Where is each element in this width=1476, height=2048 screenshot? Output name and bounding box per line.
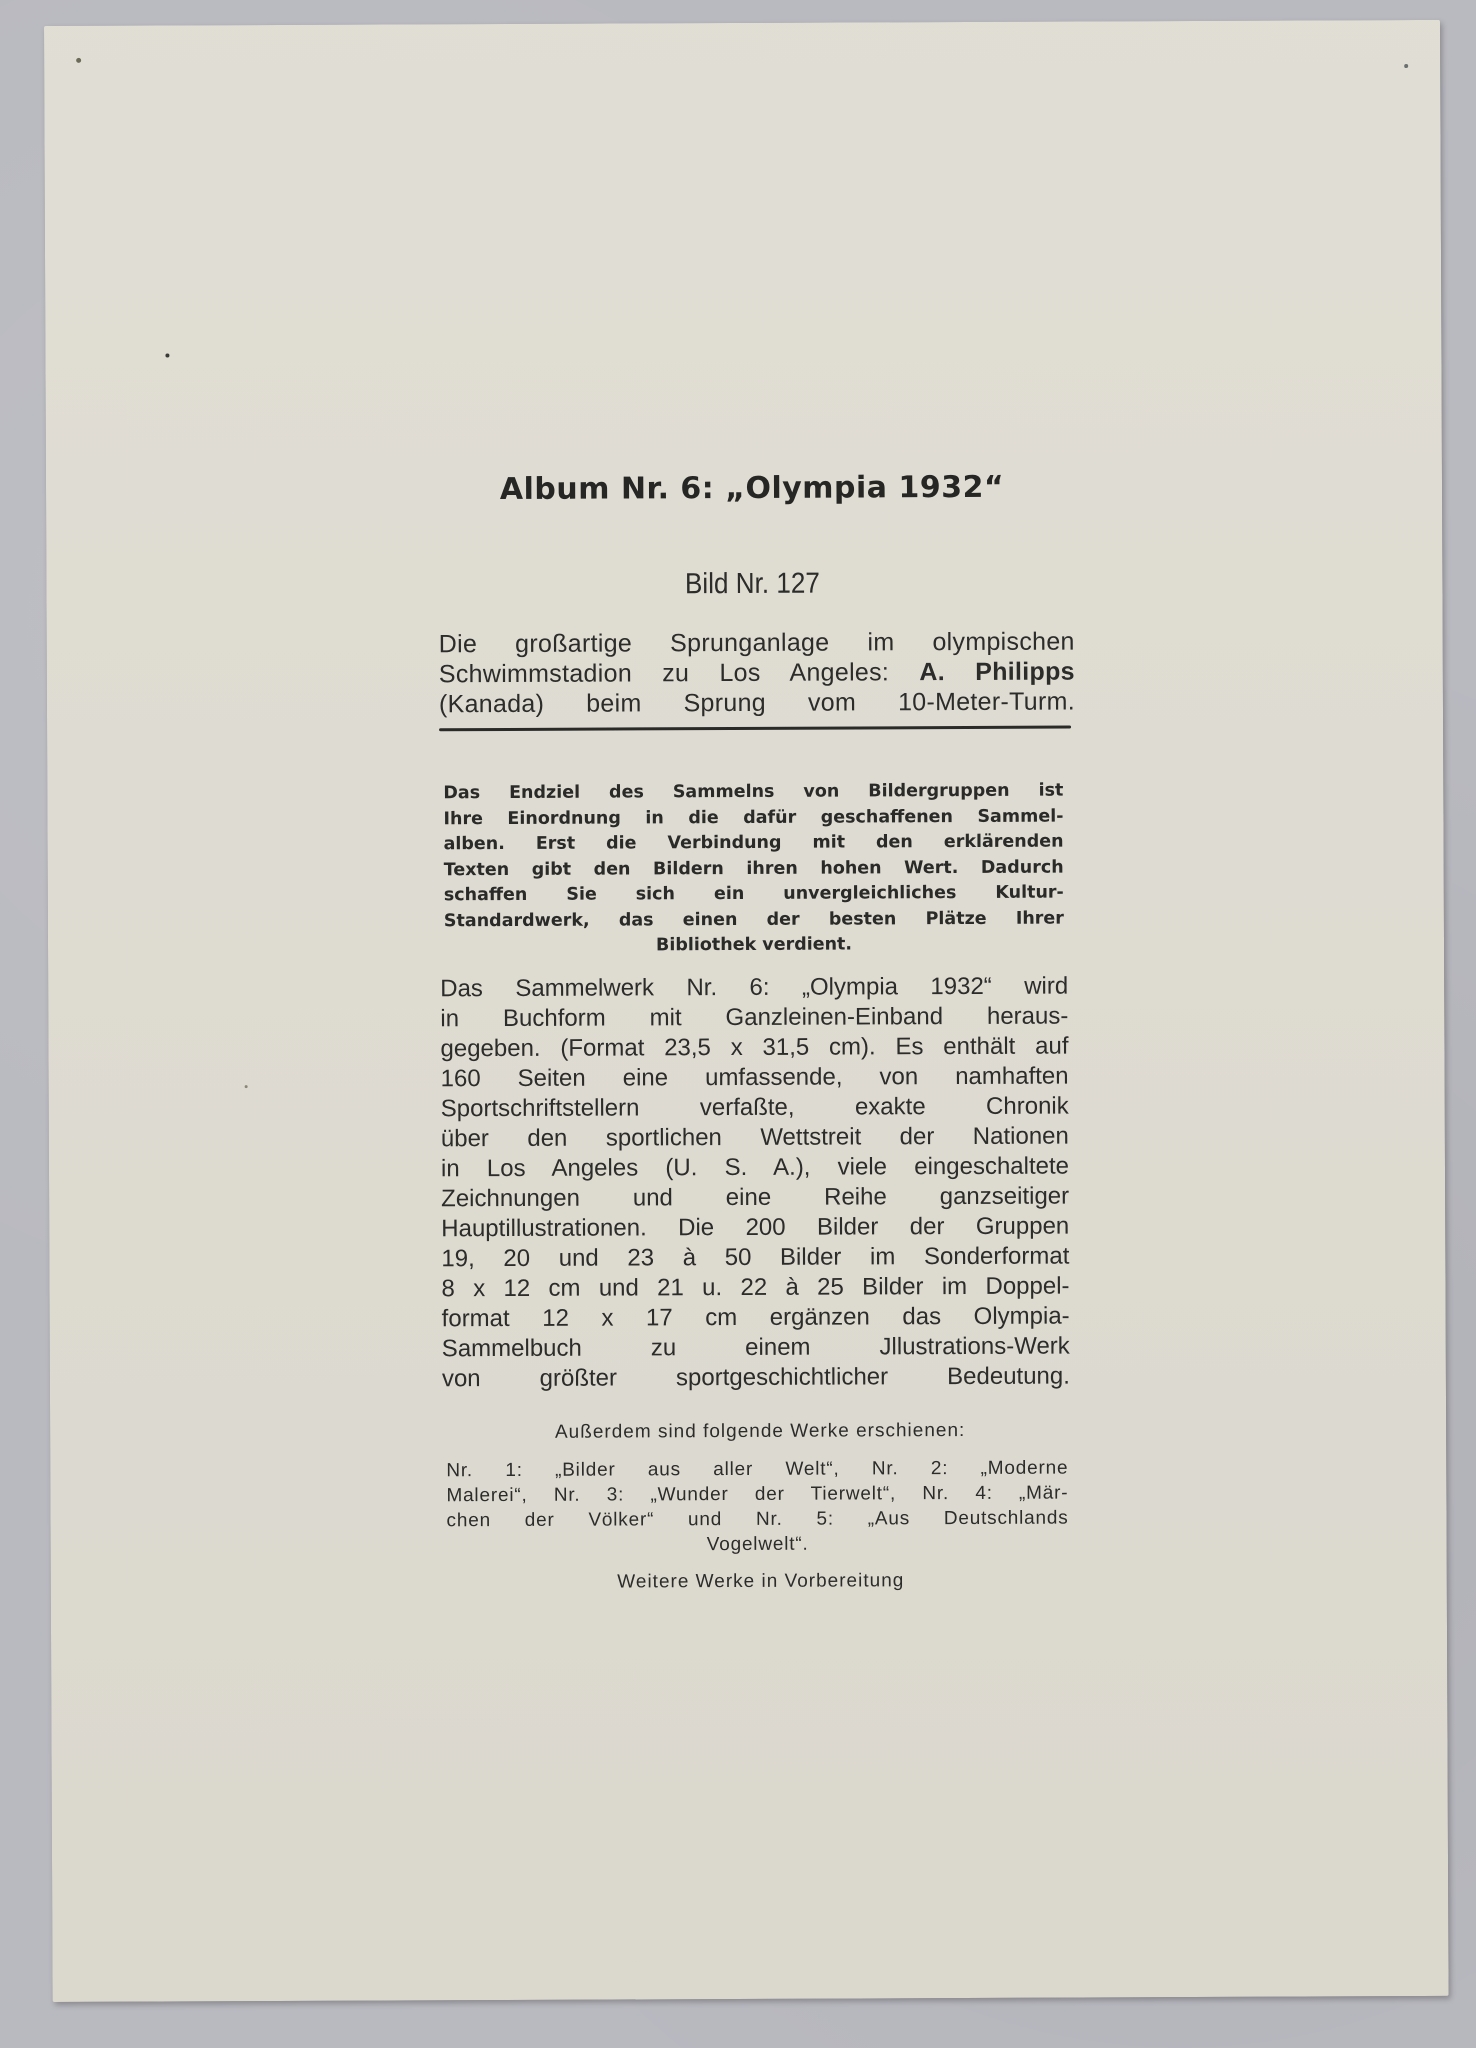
- description-line: gegeben. (Format 23,5 x 31,5 cm). Es ent…: [440, 1032, 1068, 1065]
- notice-line: Standardwerk, das einen der besten Plätz…: [444, 906, 1064, 934]
- caption-line: Schwimmstadion zu Los Angeles: A. Philip…: [439, 657, 1075, 690]
- other-works-list: Nr. 1: „Bilder aus aller Welt“, Nr. 2: „…: [446, 1456, 1068, 1559]
- picture-number: Bild Nr. 127: [470, 567, 1035, 602]
- caption-line: (Kanada) beim Sprung vom 10-Meter-Turm.: [439, 687, 1075, 720]
- description-line: Zeichnungen und eine Reihe ganzseitiger: [441, 1182, 1069, 1215]
- notice-line: Bibliothek verdient.: [444, 932, 1064, 960]
- other-works-heading: Außerdem sind folgende Werke erschienen:: [442, 1420, 1078, 1445]
- notice-line: schaffen Sie sich ein unvergleichliches …: [444, 881, 1064, 909]
- notice-line: Ihre Einordnung in die dafür geschaffene…: [443, 804, 1063, 832]
- description-line: format 12 x 17 cm ergänzen das Olympia-: [442, 1302, 1070, 1335]
- notice-line: Texten gibt den Bildern ihren hohen Wert…: [444, 855, 1064, 883]
- description-line: Das Sammelwerk Nr. 6: „Olympia 1932“ wir…: [440, 972, 1068, 1005]
- album-page-sheet: Album Nr. 6: „Olympia 1932“ Bild Nr. 127…: [44, 20, 1449, 2002]
- description-line: 8 x 12 cm und 21 u. 22 à 25 Bilder im Do…: [441, 1272, 1069, 1305]
- description-line: 160 Seiten eine umfassende, von namhafte…: [441, 1062, 1069, 1095]
- other-works-line: Malerei“, Nr. 3: „Wunder der Tierwelt“, …: [446, 1481, 1068, 1509]
- more-works-footer: Weitere Werke in Vorbereitung: [443, 1569, 1079, 1594]
- collection-description: Das Sammelwerk Nr. 6: „Olympia 1932“ wir…: [440, 972, 1070, 1395]
- section-divider: [439, 726, 1071, 732]
- description-line: über den sportlichen Wettstreit der Nati…: [441, 1122, 1069, 1155]
- description-line: in Los Angeles (U. S. A.), viele eingesc…: [441, 1152, 1069, 1185]
- picture-caption: Die großartige Sprunganlage im olympisch…: [439, 627, 1075, 720]
- album-title: Album Nr. 6: „Olympia 1932“: [428, 470, 1076, 508]
- athlete-name: A. Philipps: [919, 658, 1075, 687]
- collecting-notice: Das Endziel des Sammelns von Bildergrupp…: [443, 779, 1064, 960]
- description-line: 19, 20 und 23 à 50 Bilder im Sonderforma…: [441, 1242, 1069, 1275]
- paper-speck: [245, 1085, 248, 1088]
- description-line: in Buchform mit Ganzleinen-Einband herau…: [440, 1002, 1068, 1035]
- notice-line: alben. Erst die Verbindung mit den erklä…: [444, 830, 1064, 858]
- other-works-line: chen der Völker“ und Nr. 5: „Aus Deutsch…: [446, 1506, 1068, 1534]
- notice-line: Das Endziel des Sammelns von Bildergrupp…: [443, 779, 1063, 807]
- caption-line: Die großartige Sprunganlage im olympisch…: [439, 627, 1075, 660]
- paper-speck: [165, 353, 169, 357]
- other-works-line: Vogelwelt“.: [447, 1531, 1069, 1559]
- description-line: Sammelbuch zu einem Jllustrations-Werk: [442, 1332, 1070, 1365]
- description-line: von größter sportgeschichtlicher Bedeutu…: [442, 1362, 1070, 1395]
- paper-speck: [76, 58, 81, 63]
- page-content: Album Nr. 6: „Olympia 1932“ Bild Nr. 127…: [436, 22, 1064, 25]
- description-line: Sportschriftstellern verfaßte, exakte Ch…: [441, 1092, 1069, 1125]
- paper-speck: [1404, 64, 1408, 68]
- other-works-line: Nr. 1: „Bilder aus aller Welt“, Nr. 2: „…: [446, 1456, 1068, 1484]
- description-line: Hauptillustrationen. Die 200 Bilder der …: [441, 1212, 1069, 1245]
